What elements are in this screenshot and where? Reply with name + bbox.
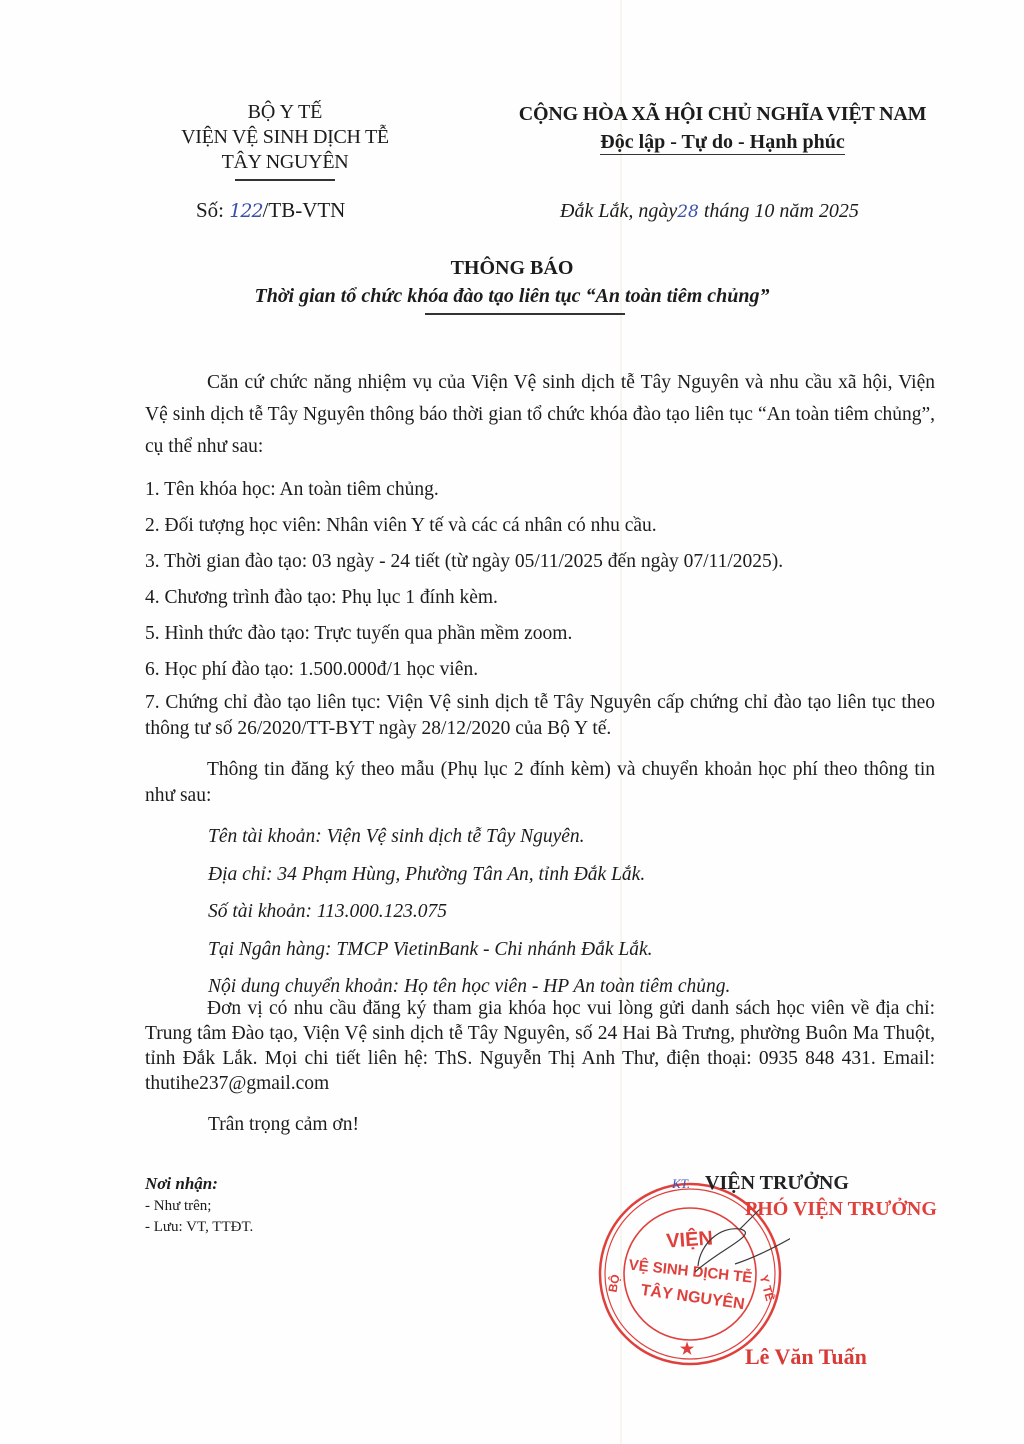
list-item: 1. Tên khóa học: An toàn tiêm chủng.	[145, 474, 935, 505]
header-underline	[235, 179, 335, 181]
signature-block: VIỆN VỆ SINH DỊCH TỄ TÂY NGUYÊN BỘ Y TẾ …	[590, 1170, 950, 1390]
date-suffix: tháng 10 năm 2025	[699, 200, 859, 222]
list-item: 7. Chứng chỉ đào tạo liên tục: Viện Vệ s…	[145, 690, 935, 742]
list-item: 5. Hình thức đào tạo: Trực tuyến qua phầ…	[145, 618, 935, 649]
course-details-list: 1. Tên khóa học: An toàn tiêm chủng. 2. …	[145, 474, 935, 750]
signer-role-secondary: PHÓ VIỆN TRƯỞNG	[745, 1198, 937, 1221]
recipient-line: - Như trên;	[145, 1196, 253, 1217]
list-item: 6. Học phí đào tạo: 1.500.000đ/1 học viê…	[145, 654, 935, 685]
document-subtitle: Thời gian tổ chức khóa đào tạo liên tục …	[0, 285, 1024, 308]
bank-name: Tại Ngân hàng: TMCP VietinBank - Chi nhá…	[208, 931, 730, 969]
date-prefix: Đắk Lắk, ngày	[560, 200, 677, 222]
country-name: CỘNG HÒA XÃ HỘI CHỦ NGHĨA VIỆT NAM	[500, 100, 945, 128]
document-number: Số: 122/TB-VTN	[196, 198, 345, 223]
account-name: Tên tài khoản: Viện Vệ sinh dịch tễ Tây …	[208, 818, 730, 856]
recipients-block: Nơi nhận: - Như trên; - Lưu: VT, TTĐT.	[145, 1172, 253, 1238]
ministry-name: BỘ Y TẾ	[155, 100, 415, 125]
signer-role-primary: VIỆN TRƯỞNG	[705, 1172, 849, 1195]
svg-text:TÂY NGUYÊN: TÂY NGUYÊN	[640, 1280, 746, 1313]
document-title: THÔNG BÁO	[0, 257, 1024, 280]
account-address: Địa chỉ: 34 Phạm Hùng, Phường Tân An, tỉ…	[208, 856, 730, 894]
list-item: 4. Chương trình đào tạo: Phụ lục 1 đính …	[145, 582, 935, 613]
national-motto: Độc lập - Tự do - Hạnh phúc	[600, 130, 844, 155]
doc-number-label: Số:	[196, 198, 224, 222]
document-page: BỘ Y TẾ VIỆN VỆ SINH DỊCH TỄ TÂY NGUYÊN …	[0, 0, 1024, 1444]
issuing-authority-header: BỘ Y TẾ VIỆN VỆ SINH DỊCH TỄ TÂY NGUYÊN	[155, 100, 415, 181]
intro-paragraph: Căn cứ chức năng nhiệm vụ của Viện Vệ si…	[145, 367, 935, 463]
list-item: 2. Đối tượng học viên: Nhân viên Y tế và…	[145, 510, 935, 541]
handwritten-initial: KT.	[672, 1176, 690, 1192]
svg-text:★: ★	[680, 1341, 695, 1358]
signer-name: Lê Văn Tuấn	[745, 1344, 867, 1370]
account-number: Số tài khoản: 113.000.123.075	[208, 893, 730, 931]
list-item: 3. Thời gian đào tạo: 03 ngày - 24 tiết …	[145, 546, 935, 577]
institute-name-line1: VIỆN VỆ SINH DỊCH TỄ	[155, 125, 415, 150]
contact-paragraph: Đơn vị có nhu cầu đăng ký tham gia khóa …	[145, 996, 935, 1096]
subtitle-underline	[425, 313, 625, 315]
date-day-handwritten: 28	[677, 202, 699, 222]
bank-transfer-info: Tên tài khoản: Viện Vệ sinh dịch tễ Tây …	[208, 818, 730, 1006]
national-header: CỘNG HÒA XÃ HỘI CHỦ NGHĨA VIỆT NAM Độc l…	[500, 100, 945, 156]
recipient-line: - Lưu: VT, TTĐT.	[145, 1217, 253, 1238]
doc-number-suffix: /TB-VTN	[263, 198, 346, 222]
registration-paragraph: Thông tin đăng ký theo mẫu (Phụ lục 2 đí…	[145, 757, 935, 809]
closing-line: Trân trọng cảm ơn!	[208, 1114, 359, 1136]
svg-text:BỘ: BỘ	[605, 1273, 623, 1293]
date-line: Đắk Lắk, ngày28 tháng 10 năm 2025	[560, 200, 859, 223]
institute-name-line2: TÂY NGUYÊN	[155, 150, 415, 175]
doc-number-handwritten: 122	[229, 200, 262, 222]
recipients-heading: Nơi nhận:	[145, 1172, 253, 1196]
svg-text:VIỆN: VIỆN	[665, 1225, 713, 1252]
